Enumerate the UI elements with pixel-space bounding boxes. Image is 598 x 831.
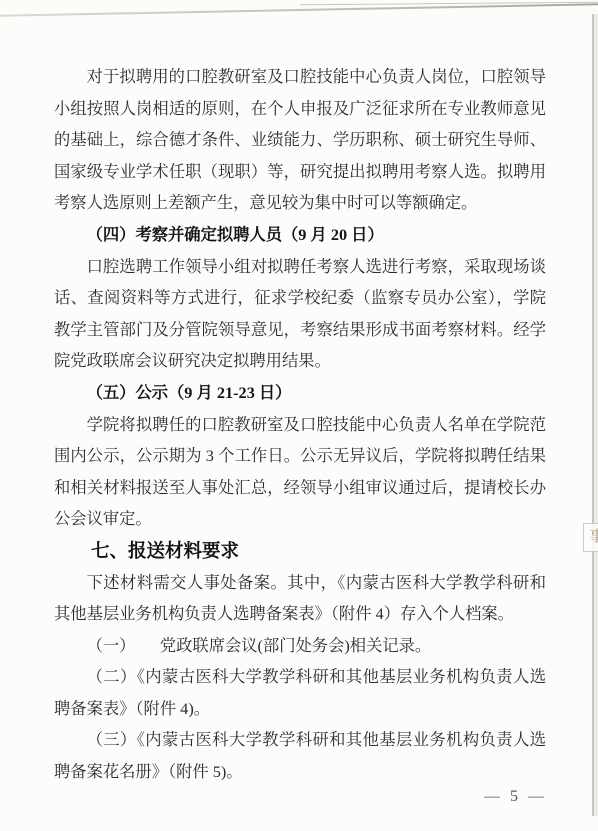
paragraph-candidate-selection: 对于拟聘用的口腔教研室及口腔技能中心负责人岗位，口腔领导小组按照人岗相适的原则，…: [54, 61, 546, 219]
list-item-1-meeting-records: （一） 党政联席会议(部门处务会)相关记录。: [54, 630, 546, 662]
document-body: 对于拟聘用的口腔教研室及口腔技能中心负责人岗位，口腔领导小组按照人岗相适的原则，…: [54, 61, 546, 788]
scan-top-edge-line: [0, 3, 598, 16]
list-item-2-record-form: （二）《内蒙古医科大学教学科研和其他基层业务机构负责人选聘备案表》（附件 4)。: [54, 661, 546, 724]
paragraph-inspection-process: 口腔选聘工作领导小组对拟聘任考察人选进行考察，采取现场谈话、查阅资料等方式进行，…: [54, 251, 546, 377]
scan-right-edge-line: [592, 14, 594, 816]
edge-stamp-fragment-icon: 事: [583, 523, 598, 552]
page-number: — 5 —: [484, 786, 547, 808]
scanned-document-page: 对于拟聘用的口腔教研室及口腔技能中心负责人岗位，口腔领导小组按照人岗相适的原则，…: [0, 0, 598, 831]
paragraph-publicity-process: 学院将拟聘任的口腔教研室及口腔技能中心负责人名单在学院范围内公示，公示期为 3 …: [54, 409, 546, 535]
list-item-3-roster: （三）《内蒙古医科大学教学科研和其他基层业务机构负责人选聘备案花名册》（附件 5…: [54, 724, 546, 787]
heading-section-5-publicity: （五）公示（9 月 21-23 日）: [54, 377, 546, 409]
scan-right-gutter: [594, 14, 598, 816]
heading-section-7-materials: 七、报送材料要求: [54, 535, 546, 567]
heading-section-4-inspection: （四）考察并确定拟聘人员（9 月 20 日）: [54, 219, 546, 251]
paragraph-materials-intro: 下述材料需交人事处备案。其中，《内蒙古医科大学教学科研和其他基层业务机构负责人选…: [54, 567, 546, 630]
